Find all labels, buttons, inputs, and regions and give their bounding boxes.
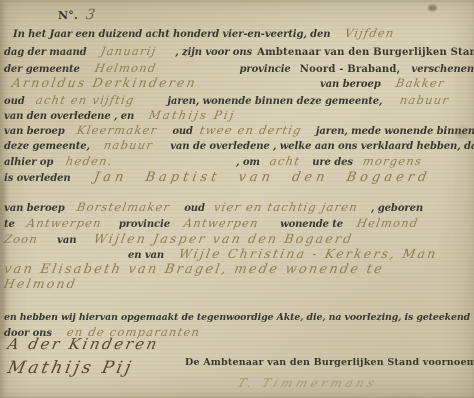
hw-signature-declarant1: A der Kinderen (6, 335, 161, 353)
printed-year-text: In het Jaar een duizend acht honderd vie… (13, 29, 330, 40)
hw-deceased-residence: Helmond (356, 216, 420, 230)
hw-deceased-name: Jan Baptist van den Bogaerd (92, 170, 431, 185)
line-residence-repeat: Helmond (4, 273, 77, 292)
act-number: N°. 3 (58, 4, 96, 23)
hw-signature-declarant2: Mathijs Pij (6, 358, 136, 378)
signature-declarant1: A der Kinderen (8, 334, 159, 353)
act-number-value: 3 (85, 7, 98, 23)
ink-stain (428, 5, 437, 11)
hw-declarant1-occupation: Bakker (395, 76, 446, 90)
printed-of: van (57, 235, 76, 246)
printed-has-died: is overleden (4, 173, 71, 184)
hw-day-ordinal: Vijfden (343, 26, 395, 40)
signature-registrar: T. Timmermans (238, 372, 377, 391)
hw-declarant1-name: Arnoldus Derkinderen (11, 75, 199, 90)
line-year: In het Jaar een duizend acht honderd vie… (13, 22, 394, 41)
line-deceased-name: is overleden Jan Baptist van den Bogaerd (4, 166, 430, 185)
hw-son-of: Zoon (3, 232, 40, 246)
act-number-label: N°. (58, 9, 78, 22)
hw-month-value: Januarij (99, 44, 157, 58)
death-certificate-scan: N°. 3 In het Jaar een duizend acht honde… (0, 0, 474, 398)
hw-signature-registrar: T. Timmermans (236, 376, 380, 390)
printed-registrar-title: De Ambtenaar van den Burgerlijken Stand … (185, 357, 474, 368)
line-registrar-title: De Ambtenaar van den Burgerlijken Stand … (185, 350, 474, 369)
signature-declarant2: Mathijs Pij (8, 358, 133, 378)
hw-residence-repeat: Helmond (3, 276, 79, 291)
hw-relation-1: nabuur (398, 93, 450, 107)
